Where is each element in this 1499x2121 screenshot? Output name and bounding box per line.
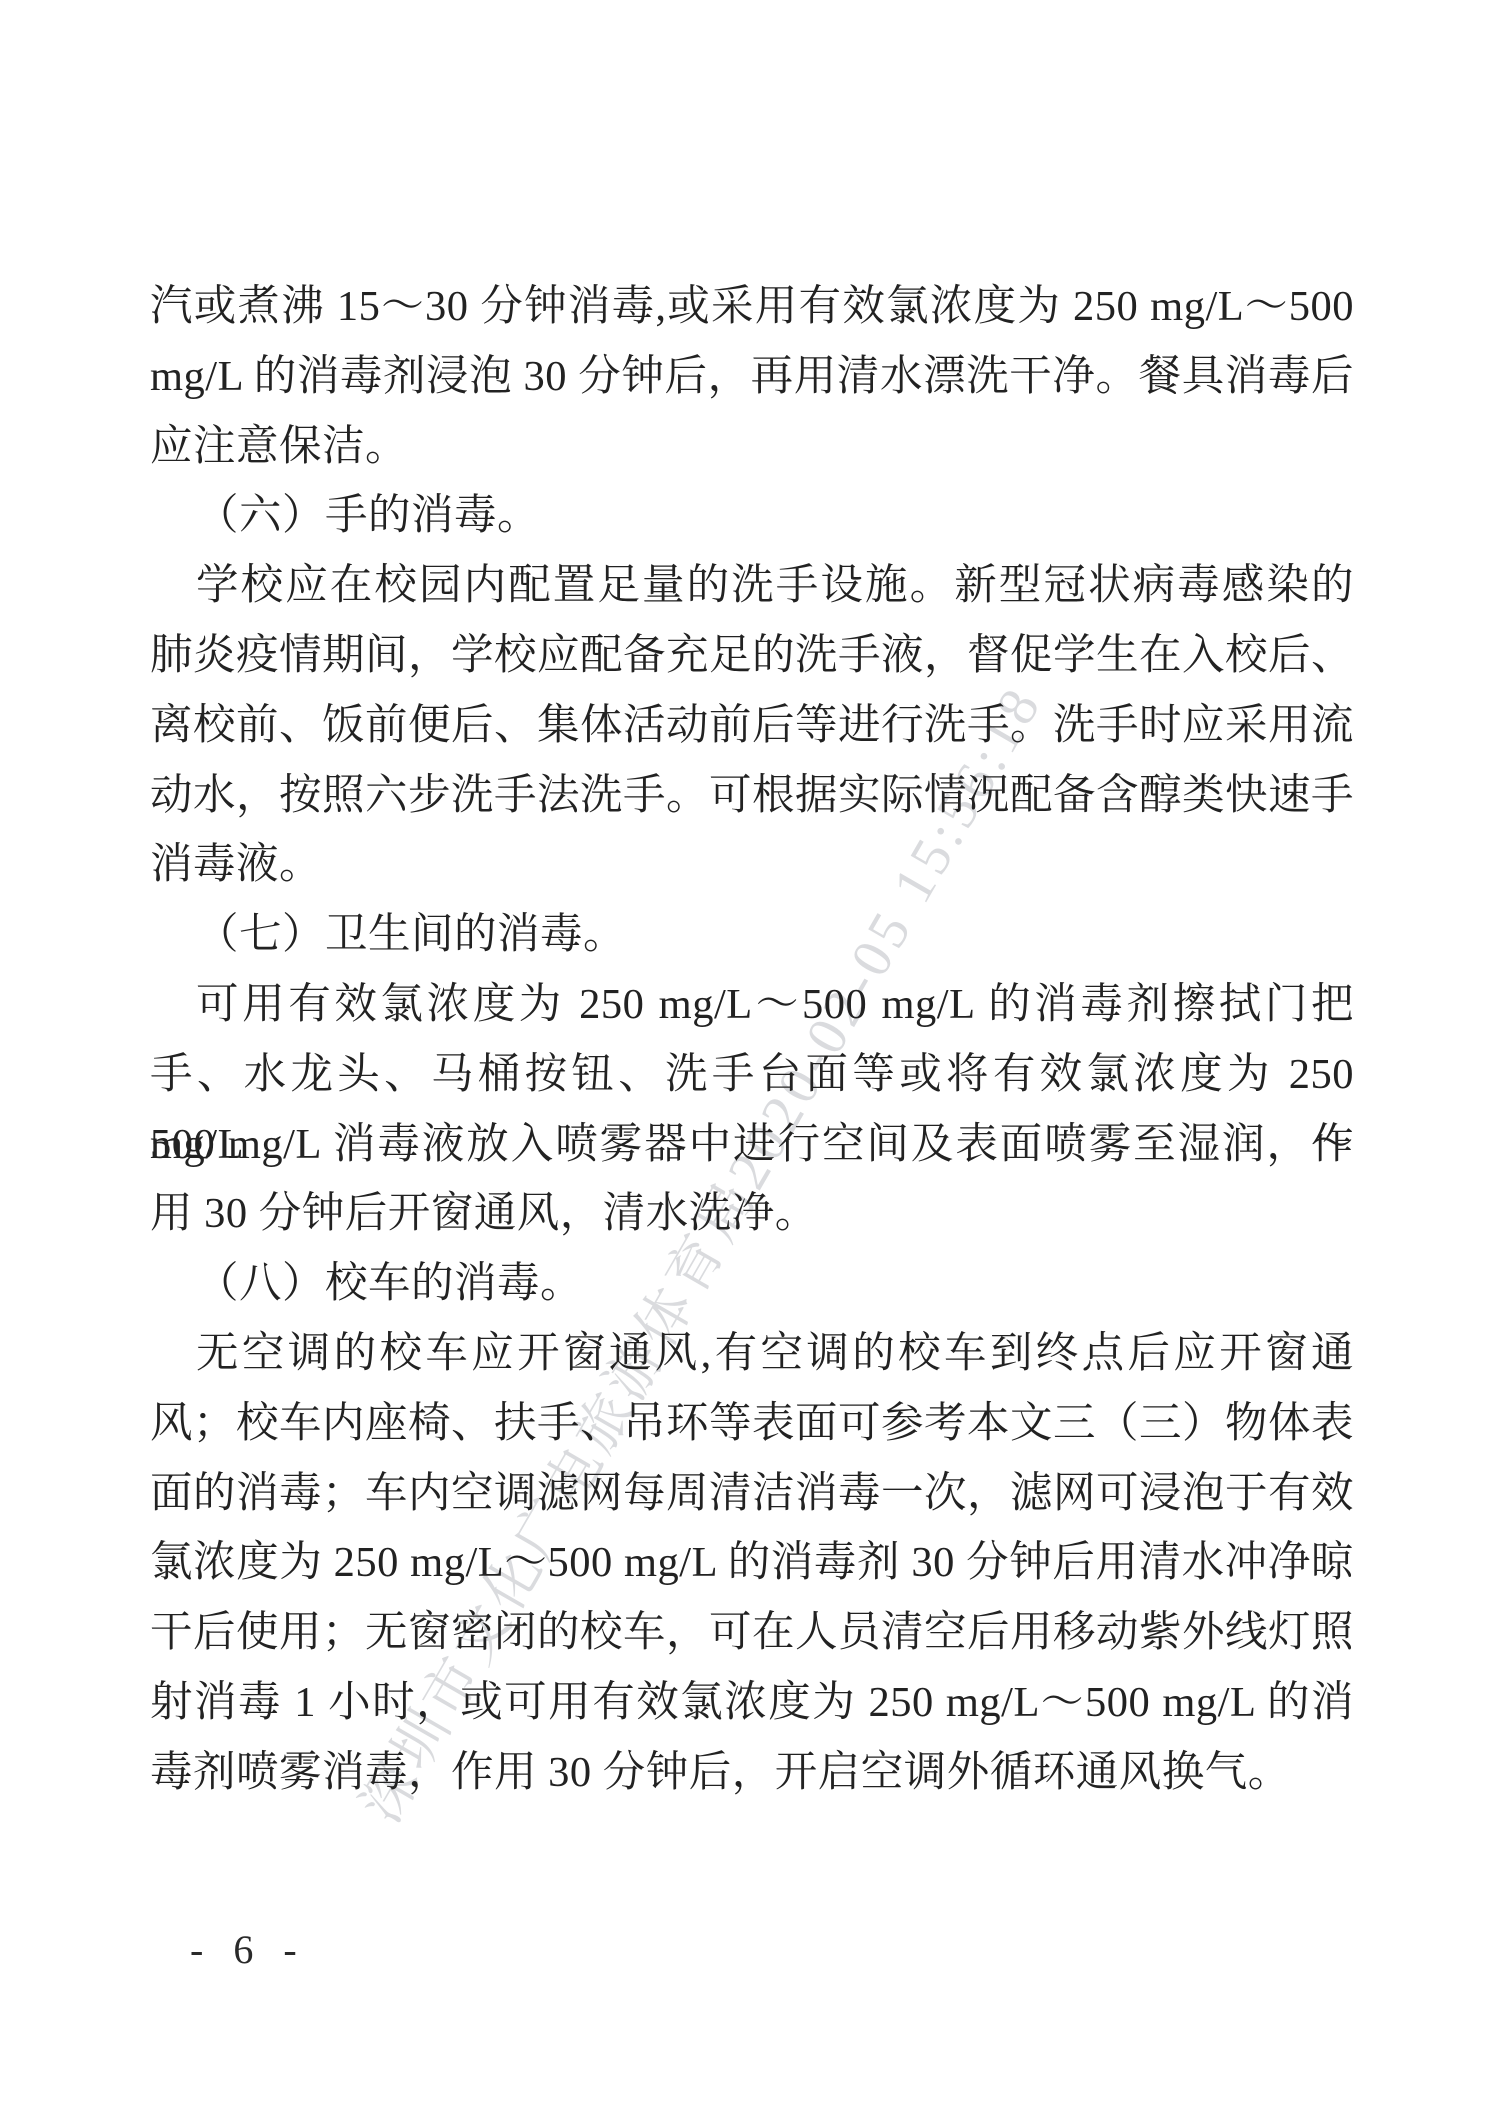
doc-line: mg/L 的消毒剂浸泡 30 分钟后，再用清水漂洗干净。餐具消毒后 (150, 342, 1354, 412)
doc-line: 汽或煮沸 15～30 分钟消毒,或采用有效氯浓度为 250 mg/L～500 (150, 272, 1354, 342)
doc-line: （六）手的消毒。 (150, 481, 1354, 551)
page-number: - 6 - (190, 1926, 307, 1973)
doc-line: 用 30 分钟后开窗通风，清水洗净。 (150, 1179, 1354, 1249)
doc-line: 氯浓度为 250 mg/L～500 mg/L 的消毒剂 30 分钟后用清水冲净晾 (150, 1528, 1354, 1598)
doc-line: 肺炎疫情期间，学校应配备充足的洗手液，督促学生在入校后、 (150, 621, 1354, 691)
doc-line: 无空调的校车应开窗通风,有空调的校车到终点后应开窗通 (150, 1319, 1354, 1389)
doc-line: 学校应在校园内配置足量的洗手设施。新型冠状病毒感染的 (150, 551, 1354, 621)
doc-line: 面的消毒；车内空调滤网每周清洁消毒一次，滤网可浸泡于有效 (150, 1459, 1354, 1529)
doc-line: 500 mg/L 消毒液放入喷雾器中进行空间及表面喷雾至湿润，作 (150, 1110, 1354, 1180)
document-page: 深圳市文化广电旅游体育局2020-02-05 15:56:18 汽或煮沸 15～… (0, 0, 1499, 2121)
doc-line: 手、水龙头、马桶按钮、洗手台面等或将有效氯浓度为 250 mg/L～ (150, 1040, 1354, 1110)
doc-line: 可用有效氯浓度为 250 mg/L～500 mg/L 的消毒剂擦拭门把 (150, 970, 1354, 1040)
text-block: 汽或煮沸 15～30 分钟消毒,或采用有效氯浓度为 250 mg/L～500 m… (150, 272, 1354, 1808)
doc-line: 射消毒 1 小时，或可用有效氯浓度为 250 mg/L～500 mg/L 的消 (150, 1668, 1354, 1738)
doc-line: 消毒液。 (150, 830, 1354, 900)
doc-line: （八）校车的消毒。 (150, 1249, 1354, 1319)
doc-line: 动水，按照六步洗手法洗手。可根据实际情况配备含醇类快速手 (150, 761, 1354, 831)
doc-line: 应注意保洁。 (150, 412, 1354, 482)
doc-line: 风；校车内座椅、扶手、吊环等表面可参考本文三（三）物体表 (150, 1389, 1354, 1459)
doc-line: 干后使用；无窗密闭的校车，可在人员清空后用移动紫外线灯照 (150, 1598, 1354, 1668)
doc-line: （七）卫生间的消毒。 (150, 900, 1354, 970)
doc-line: 离校前、饭前便后、集体活动前后等进行洗手。洗手时应采用流 (150, 691, 1354, 761)
doc-line: 毒剂喷雾消毒，作用 30 分钟后，开启空调外循环通风换气。 (150, 1738, 1354, 1808)
